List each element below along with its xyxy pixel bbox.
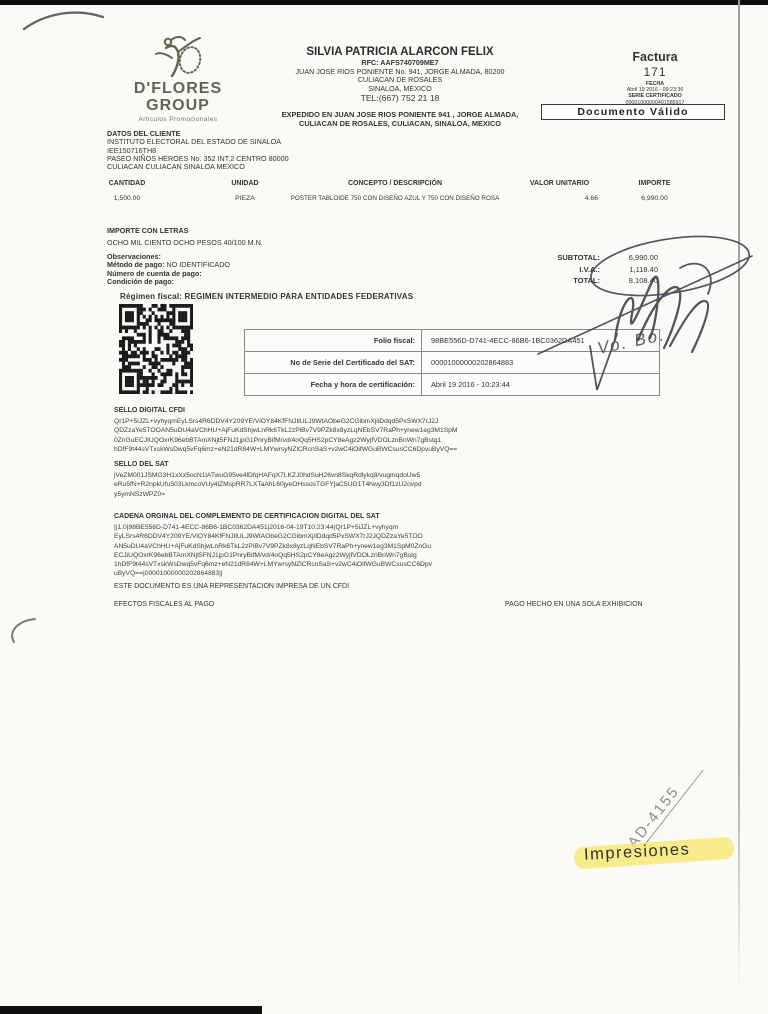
metodo-pago-value: NO IDENTIFICADO: [167, 260, 231, 269]
logo-name-line1: D'FLORES: [116, 80, 240, 97]
scanned-invoice-page: D'FLORES GROUP Articulos Promocionales S…: [0, 0, 768, 1014]
issuer-address-line3: SINALOA, MEXICO: [238, 85, 562, 94]
issuer-block: SILVIA PATRICIA ALARCON FELIX RFC: AAFS7…: [238, 46, 562, 104]
signature-ink: [520, 228, 768, 408]
pen-mark-left-margin: [4, 612, 42, 648]
cell-valor-unitario: 4.66: [512, 195, 598, 202]
observaciones-block: Observaciones: Método de pago: NO IDENTI…: [107, 253, 230, 286]
scan-fold-line: [738, 0, 740, 1014]
qr-code: [119, 304, 193, 394]
expedido-line2: CULIACAN DE ROSALES, CULIACAN, SINALOA, …: [222, 119, 578, 128]
pen-mark-top-left: [18, 4, 110, 38]
folio-fiscal-label: Folio fiscal:: [245, 330, 422, 351]
header-valor-unitario: VALOR UNITARIO: [512, 180, 607, 187]
sello-cfdi-body: Qr1P+5iJZL+vyhyqmEyLSrs4R6DDV4Y209YE/ViO…: [114, 417, 516, 454]
sello-cfdi-title: SELLO DIGITAL CFDI: [114, 407, 185, 414]
header-unidad: UNIDAD: [205, 180, 285, 187]
impresiones-annotation: Impresiones: [577, 832, 734, 872]
header-cantidad: CANTIDAD: [87, 180, 167, 187]
metodo-pago-label: Método de pago:: [107, 260, 165, 269]
scan-edge-bottom: [0, 1006, 262, 1014]
sello-sat-title: SELLO DEL SAT: [114, 461, 169, 468]
client-city: CULIACAN CULIACAN SINALOA MEXICO: [107, 163, 437, 171]
expedido-block: EXPEDIDO EN JUAN JOSE RIOS PONIENTE 941 …: [222, 110, 578, 128]
client-name: INSTITUTO ELECTORAL DEL ESTADO DE SINALO…: [107, 138, 437, 146]
logo-figure-icon: [116, 34, 240, 80]
cfdi-representation-note: ESTE DOCUMENTO ES UNA REPRESENTACION IMP…: [114, 583, 349, 590]
invoice-type: Factura: [594, 50, 716, 64]
documento-valido-badge: Documento Válido: [541, 104, 725, 120]
condicion-pago-label: Condición de pago:: [107, 278, 230, 286]
cell-concepto: POSTER TABLOIDE 750 CON DISEÑO AZUL Y 75…: [272, 195, 518, 202]
header-concepto: CONCEPTO / DESCRIPCIÓN: [300, 180, 490, 187]
efectos-fiscales-note: EFECTOS FISCALES AL PAGO: [114, 601, 214, 608]
issuer-phone: TEL:(667) 752 21 18: [238, 93, 562, 104]
pago-exhibicion-note: PAGO HECHO EN UNA SOLA EXHIBICION: [505, 601, 643, 608]
regimen-fiscal-line: Régimen fiscal: REGIMEN INTERMEDIO PARA …: [120, 292, 413, 301]
invoice-meta-block: Factura 171 FECHA Abril 19 2016 - 09:23:…: [594, 50, 716, 106]
invoice-folio: 171: [594, 64, 716, 81]
header-importe: IMPORTE: [612, 180, 697, 187]
cadena-original-title: CADENA ORGINAL DEL COMPLEMENTO DE CERTIF…: [114, 513, 380, 520]
cadena-original-body: ||1.0|98BE556D-D741-4ECC-86B6-1BC0362DA4…: [114, 523, 516, 579]
cell-cantidad: 1,500.00: [87, 195, 167, 202]
importe-letras-value: OCHO MIL CIENTO OCHO PESOS 40/100 M.N.: [107, 238, 263, 247]
certificado-sat-label: No de Serie del Certificado del SAT:: [245, 352, 422, 373]
fecha-certificacion-label: Fecha y hora de certificación:: [245, 374, 422, 395]
client-block: DATOS DEL CLIENTE INSTITUTO ELECTORAL DE…: [107, 130, 437, 171]
expedido-line1: EXPEDIDO EN JUAN JOSE RIOS PONIENTE 941 …: [222, 110, 578, 119]
importe-letras-label: IMPORTE CON LETRAS: [107, 226, 188, 235]
cell-importe: 6,990.00: [612, 195, 697, 202]
sello-sat-body: jVeZM001JSMG3H1xXx5ocN1lATwuG95ve4lDfqHA…: [114, 471, 516, 499]
scan-edge-top: [0, 0, 768, 5]
